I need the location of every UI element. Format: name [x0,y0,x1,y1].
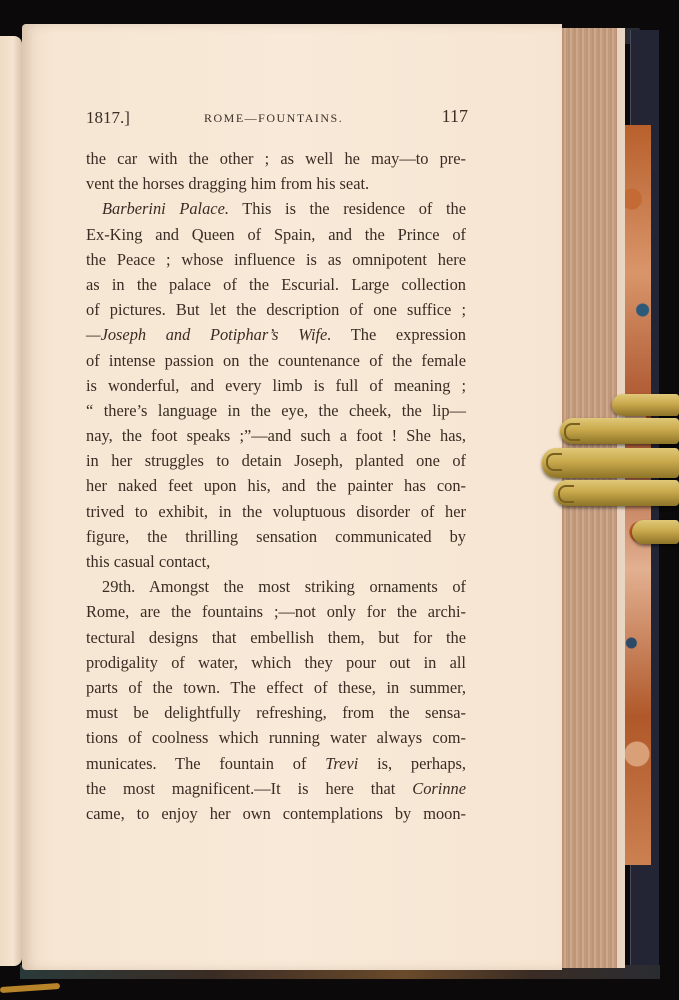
text-line: this casual contact, [86,549,466,574]
text-run: came, to enjoy her own contemplations by… [86,804,466,823]
text-line: municates. The fountain of Trevi is, per… [86,751,466,776]
text-line: “ there’s language in the eye, the cheek… [86,398,466,423]
text-line: Barberini Palace. This is the residence … [86,196,466,221]
text-run: municates. The fountain of [86,754,325,773]
text-run: her naked feet upon his, and the painter… [86,476,466,495]
text-run: The expression [331,325,466,344]
italic-text-run: —Joseph and Potiphar’s Wife. [86,325,331,344]
text-line: came, to enjoy her own contemplations by… [86,801,466,826]
text-run: as in the palace of the Escurial. Large … [86,275,466,294]
header-title: ROME—FOUNTAINS. [204,111,343,126]
text-line: her naked feet upon his, and the painter… [86,473,466,498]
fingernail-icon [564,423,580,441]
text-run: This is the residence of the [229,199,466,218]
italic-text-run: Barberini Palace. [102,199,229,218]
fingernail-icon [558,485,574,503]
text-line: prodigality of water, which they pour ou… [86,650,466,675]
text-run: Ex-King and Queen of Spain, and the Prin… [86,225,466,244]
text-line: tectural designs that embellish them, bu… [86,625,466,650]
text-run: this casual contact, [86,552,210,571]
text-line: trived to exhibit, in the voluptuous dis… [86,499,466,524]
brass-finger [560,418,679,444]
text-line: parts of the town. The effect of these, … [86,675,466,700]
text-run: “ there’s language in the eye, the cheek… [86,401,466,420]
text-run: is wonderful, and every limb is full of … [86,376,466,395]
left-page-edge [0,36,22,966]
text-run: of pictures. But let the description of … [86,300,466,319]
text-run: the car with the other ; as well he may—… [86,149,466,168]
text-line: Ex-King and Queen of Spain, and the Prin… [86,222,466,247]
text-line: of pictures. But let the description of … [86,297,466,322]
running-header: 1817.] ROME—FOUNTAINS. 117 [86,108,466,130]
page-body-text: the car with the other ; as well he may—… [86,146,466,826]
text-line: nay, the foot speaks ;”—and such a foot … [86,423,466,448]
text-run: 29th. Amongst the most striking ornament… [102,577,466,596]
text-run: nay, the foot speaks ;”—and such a foot … [86,426,466,445]
header-year: 1817.] [86,108,130,128]
brass-finger [632,520,679,544]
text-run: trived to exhibit, in the voluptuous dis… [86,502,466,521]
text-run: parts of the town. The effect of these, … [86,678,466,697]
text-run: figure, the thrilling sensation communic… [86,527,466,546]
fingernail-icon [546,453,562,471]
text-line: the Peace ; whose influence is as omnipo… [86,247,466,272]
page-number: 117 [442,106,468,127]
brass-finger [542,448,679,478]
text-line: Rome, are the fountains ;—not only for t… [86,599,466,624]
italic-text-run: Corinne [412,779,466,798]
text-line: figure, the thrilling sensation communic… [86,524,466,549]
text-line: vent the horses dragging him from his se… [86,171,466,196]
text-line: the car with the other ; as well he may—… [86,146,466,171]
italic-text-run: Trevi [325,754,358,773]
text-run: the most magnificent.—It is here that [86,779,412,798]
text-run: tions of coolness which running water al… [86,728,466,747]
brass-hand-page-holder [540,392,679,552]
text-line: tions of coolness which running water al… [86,725,466,750]
text-run: the Peace ; whose influence is as omnipo… [86,250,466,269]
text-line: —Joseph and Potiphar’s Wife. The express… [86,322,466,347]
text-run: vent the horses dragging him from his se… [86,174,369,193]
text-line: 29th. Amongst the most striking ornament… [86,574,466,599]
brass-finger [554,480,679,506]
text-line: in her struggles to detain Joseph, plant… [86,448,466,473]
text-run: tectural designs that embellish them, bu… [86,628,466,647]
text-run: in her struggles to detain Joseph, plant… [86,451,466,470]
text-run: is, perhaps, [358,754,466,773]
text-line: must be delightfully refreshing, from th… [86,700,466,725]
text-run: of intense passion on the countenance of… [86,351,466,370]
text-run: prodigality of water, which they pour ou… [86,653,466,672]
text-line: the most magnificent.—It is here that Co… [86,776,466,801]
text-line: of intense passion on the countenance of… [86,348,466,373]
text-line: is wonderful, and every limb is full of … [86,373,466,398]
brass-thumb [612,394,679,416]
text-line: as in the palace of the Escurial. Large … [86,272,466,297]
text-run: must be delightfully refreshing, from th… [86,703,466,722]
text-run: Rome, are the fountains ;—not only for t… [86,602,466,621]
